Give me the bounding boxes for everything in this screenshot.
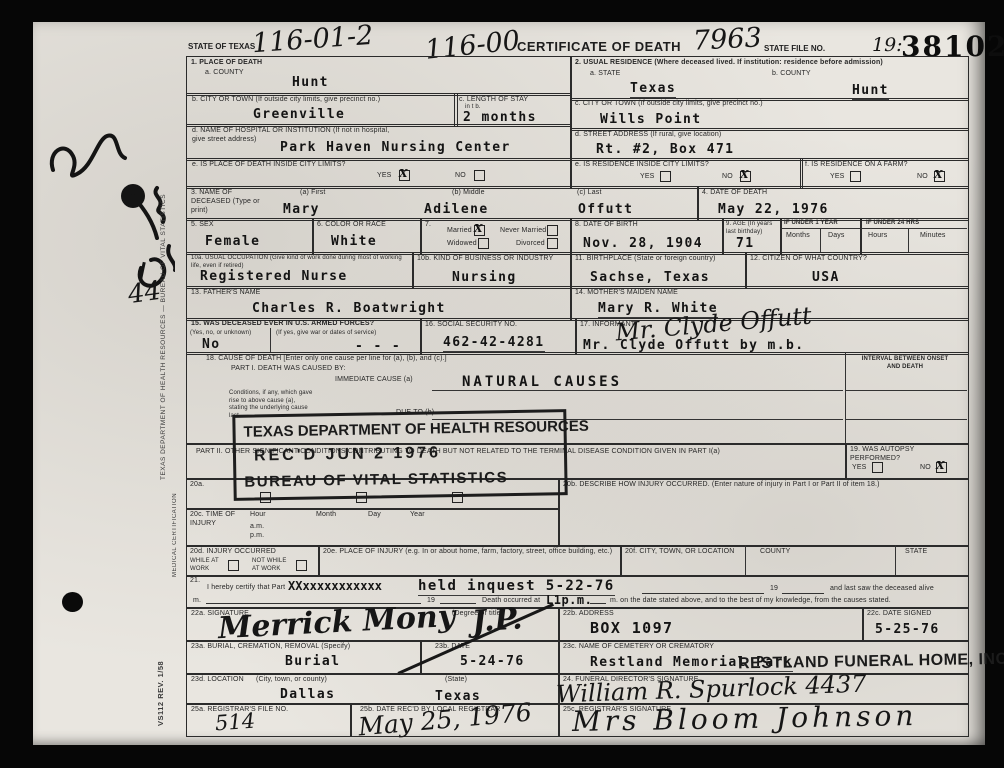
state-header-label: STATE [905, 548, 927, 557]
vertical-medical-certification: MEDICAL CERTIFICATION [172, 462, 178, 577]
race-value: White [331, 235, 377, 248]
rule [820, 228, 821, 253]
autopsy-no-label: NO [920, 464, 931, 473]
death-city-limits-label: e. IS PLACE OF DEATH INSIDE CITY LIMITS? [192, 161, 346, 170]
armed-forces-sub2: (If yes, give war or dates of service) [276, 330, 406, 338]
state-file-no-label: STATE FILE NO. [764, 44, 825, 54]
cause-of-death-label: 18. CAUSE OF DEATH [Enter only one cause… [206, 355, 447, 364]
days-label: Days [828, 232, 845, 241]
registrar-signature-value: Mrs Bloom Johnson [572, 699, 918, 738]
immediate-cause-value: NATURAL CAUSES [462, 375, 622, 389]
rule [745, 545, 746, 575]
certify-m: m. [193, 597, 201, 606]
date-of-death-label: 4. DATE OF DEATH [702, 189, 767, 198]
industry-value: Nursing [452, 271, 517, 284]
date-of-birth-value: Nov. 28, 1904 [583, 237, 703, 253]
occupation-value: Registered Nurse [200, 270, 348, 283]
occupation-label: 10a. USUAL OCCUPATION (Give kind of work… [191, 255, 406, 270]
certify-num: 21. [190, 577, 200, 586]
marital-label: 7. [425, 221, 431, 230]
farm-no-label: NO [917, 173, 928, 182]
hole-punch [62, 592, 83, 612]
name-of-deceased-label: 3. NAME OF DECEASED (Type or print) [191, 189, 266, 215]
injury-20c-label: 20c. TIME OF INJURY [190, 511, 245, 529]
never-married-label: Never Married [500, 227, 546, 236]
burial-value: Burial [285, 655, 340, 668]
father-name-value: Charles R. Boatwright [252, 302, 446, 315]
while-at-work-checkbox [228, 560, 239, 571]
location-label: 23d. LOCATION [191, 676, 244, 685]
cemetery-label: 23c. NAME OF CEMETERY OR CREMATORY [563, 643, 714, 652]
while-at-work-label: WHILE AT WORK [190, 558, 225, 573]
under-1-year-label: IF UNDER 1 YEAR [784, 220, 838, 228]
residence-limits-label: e. IS RESIDENCE INSIDE CITY LIMITS? [575, 161, 709, 170]
address-value: BOX 1097 [590, 621, 673, 636]
handwritten-file-prefix: 19: [872, 34, 903, 56]
city-or-town-label: b. CITY OR TOWN (If outside city limits,… [192, 96, 442, 105]
first-name-value: Mary [283, 203, 320, 216]
location-city-value: Dallas [280, 688, 335, 701]
day-label: Day [368, 511, 381, 520]
middle-name-value: Adilene [424, 203, 489, 216]
citizen-value: USA [812, 271, 840, 287]
age-value: 71 [736, 237, 754, 253]
county-header-label: COUNTY [760, 548, 790, 557]
farm-label: f. IS RESIDENCE ON A FARM? [805, 161, 908, 170]
usual-residence-label: 2. USUAL RESIDENCE (Where deceased lived… [575, 59, 965, 68]
armed-forces-label: 15. WAS DECEASED EVER IN U.S. ARMED FORC… [191, 320, 374, 329]
ssn-value: 462-42-4281 [443, 336, 545, 352]
state-of-texas-label: STATE OF TEXAS [188, 42, 255, 52]
date-of-death-value: May 22, 1976 [718, 203, 829, 219]
married-checkbox: X [474, 225, 485, 236]
autopsy-yes-label: YES [852, 464, 866, 473]
death-limits-no-checkbox [474, 170, 485, 181]
age-label: 9. AGE (In years last birthday) [726, 221, 778, 236]
married-label: Married [447, 227, 472, 236]
widowed-label: Widowed [447, 240, 477, 249]
vertical-form-revision: VS112 REV. 1/58 [156, 596, 165, 726]
last-name-value: Offutt [578, 203, 633, 216]
injury-20a-label: 20a. [190, 481, 204, 490]
margin-number: 44 [126, 276, 163, 310]
burial-label: 23a. BURIAL, CREMATION, REMOVAL (Specify… [191, 643, 350, 652]
location-state-value: Texas [435, 690, 481, 703]
date-signed-value: 5-25-76 [875, 623, 940, 636]
stamp-line-2: REC'D JUN 2 1976 [254, 444, 441, 465]
farm-yes-checkbox [850, 171, 861, 182]
death-limits-yes-checkbox: X [399, 170, 410, 181]
residence-limits-no-checkbox: X [740, 171, 751, 182]
armed-forces-sub1: (Yes, no, or unknown) [190, 330, 251, 338]
armed-forces-value: No [202, 338, 220, 351]
injury-20f-label: 20f. CITY, TOWN, OR LOCATION [625, 548, 734, 557]
months-label: Months [786, 232, 810, 241]
street-address-value: Rt. #2, Box 471 [596, 143, 734, 159]
residence-state-value: Texas [630, 82, 676, 98]
stamp-line-3: BUREAU OF VITAL STATISTICS [244, 469, 508, 491]
rule [860, 228, 967, 229]
hours-label: Hours [868, 232, 887, 241]
mother-name-label: 14. MOTHER'S MAIDEN NAME [575, 289, 678, 298]
informant-typed: Mr. Clyde Offutt by m.b. [583, 339, 804, 352]
immediate-cause-label: IMMEDIATE CAUSE (a) [335, 376, 413, 385]
am-label: a.m. [250, 523, 264, 532]
location-city-sub: (City, town, or county) [256, 676, 327, 685]
residence-city-value: Wills Point [600, 113, 702, 129]
certify-tail2: m. on the date stated above, and to the … [610, 597, 965, 606]
certify-tail1: and last saw the deceased alive [830, 585, 934, 594]
father-name-label: 13. FATHER'S NAME [191, 289, 261, 298]
citizen-label: 12. CITIZEN OF WHAT COUNTRY? [750, 255, 867, 264]
rule [782, 593, 824, 594]
rule [845, 352, 846, 443]
address-label: 22b. ADDRESS [563, 610, 614, 619]
divorced-label: Divorced [516, 240, 545, 249]
handwritten-certificate-number: 7963 [692, 22, 762, 57]
hospital-value: Park Haven Nursing Center [280, 141, 511, 154]
birthplace-label: 11. BIRTHPLACE (State or foreign country… [575, 255, 716, 264]
hour-label: Hour [250, 511, 266, 520]
first-name-label: (a) First [300, 189, 325, 198]
month-label: Month [316, 511, 336, 520]
cell-marital-status [420, 218, 572, 255]
injury-20d-label: 20d. INJURY OCCURRED [190, 548, 276, 557]
place-of-death-label: 1. PLACE OF DEATH [191, 59, 262, 68]
pm-label: p.m. [250, 532, 264, 541]
residence-state-label: a. STATE [590, 70, 621, 79]
certify-strike: XXxxxxxxxxxxx [288, 580, 382, 592]
certificate-title: CERTIFICATE OF DEATH [517, 39, 681, 55]
vertical-agency-text: TEXAS DEPARTMENT OF HEALTH RESOURCES — B… [160, 55, 167, 480]
autopsy-no-checkbox: X [936, 462, 947, 473]
farm-no-checkbox: X [934, 171, 945, 182]
rule [270, 328, 271, 353]
margin-scribble-icon [45, 70, 175, 360]
sex-value: Female [205, 235, 260, 248]
industry-label: 10b. KIND OF BUSINESS OR INDUSTRY [417, 255, 567, 264]
location-state-sub: (State) [445, 676, 467, 685]
certify-intro: I hereby certify that Part [207, 584, 285, 593]
death-limits-no-label: NO [455, 172, 466, 181]
middle-name-label: (b) Middle [452, 189, 485, 198]
residence-limits-no-label: NO [722, 173, 733, 182]
injury-20b-label: 20b. DESCRIBE HOW INJURY OCCURRED. (Ente… [563, 481, 963, 490]
rule [845, 390, 967, 391]
residence-city-label: c. CITY OR TOWN (If outside city limits,… [575, 100, 895, 109]
burial-date-value: 5-24-76 [460, 655, 525, 668]
part1-label: PART I. DEATH WAS CAUSED BY: [231, 365, 346, 374]
year-label: Year [410, 511, 425, 520]
residence-limits-yes-label: YES [640, 173, 654, 182]
rule [590, 603, 606, 604]
minutes-label: Minutes [920, 232, 946, 241]
scanned-death-certificate: 44 TEXAS DEPARTMENT OF HEALTH RESOURCES … [0, 0, 1004, 768]
rule [432, 390, 843, 391]
county-value: Hunt [292, 76, 329, 89]
residence-limits-yes-checkbox [660, 171, 671, 182]
never-married-checkbox [547, 225, 558, 236]
date-of-birth-label: 8. DATE OF BIRTH [575, 221, 638, 230]
death-limits-yes-label: YES [377, 172, 391, 181]
rule [895, 545, 896, 575]
rule [642, 593, 764, 594]
registrar-file-value: 514 [214, 709, 256, 736]
farm-yes-label: YES [830, 173, 844, 182]
certify-year1: 19 [770, 585, 778, 594]
interval-header: INTERVAL BETWEEN ONSET AND DEATH [860, 356, 950, 371]
autopsy-yes-checkbox [872, 462, 883, 473]
residence-county-label: b. COUNTY [772, 70, 811, 79]
under-24-hrs-label: IF UNDER 24 HRS [866, 220, 919, 228]
autopsy-label: 19. WAS AUTOPSY PERFORMED? [850, 446, 930, 464]
sex-label: 5. SEX [191, 221, 214, 230]
length-of-stay-value: 2 months [463, 111, 537, 124]
last-name-label: (c) Last [577, 189, 602, 198]
divorced-checkbox [547, 238, 558, 249]
stamp-line-1: TEXAS DEPARTMENT OF HEALTH RESOURCES [243, 418, 589, 441]
date-signed-label: 22c. DATE SIGNED [867, 610, 932, 619]
health-department-stamp: TEXAS DEPARTMENT OF HEALTH RESOURCES REC… [232, 409, 567, 501]
birthplace-value: Sachse, Texas [590, 271, 710, 287]
county-label: a. COUNTY [205, 69, 244, 78]
injury-20e-label: 20e. PLACE OF INJURY (e.g. In or about h… [323, 548, 613, 557]
ssn-label: 16. SOCIAL SECURITY NO. [425, 321, 517, 330]
rule [845, 419, 967, 420]
street-address-label: d. STREET ADDRESS (If rural, give locati… [575, 131, 721, 140]
not-while-at-work-label: NOT WHILE AT WORK [252, 558, 292, 573]
rule [908, 228, 909, 253]
widowed-checkbox [478, 238, 489, 249]
race-label: 6. COLOR OR RACE [317, 221, 386, 230]
city-or-town-value: Greenville [253, 108, 345, 121]
not-while-at-work-checkbox [296, 560, 307, 571]
